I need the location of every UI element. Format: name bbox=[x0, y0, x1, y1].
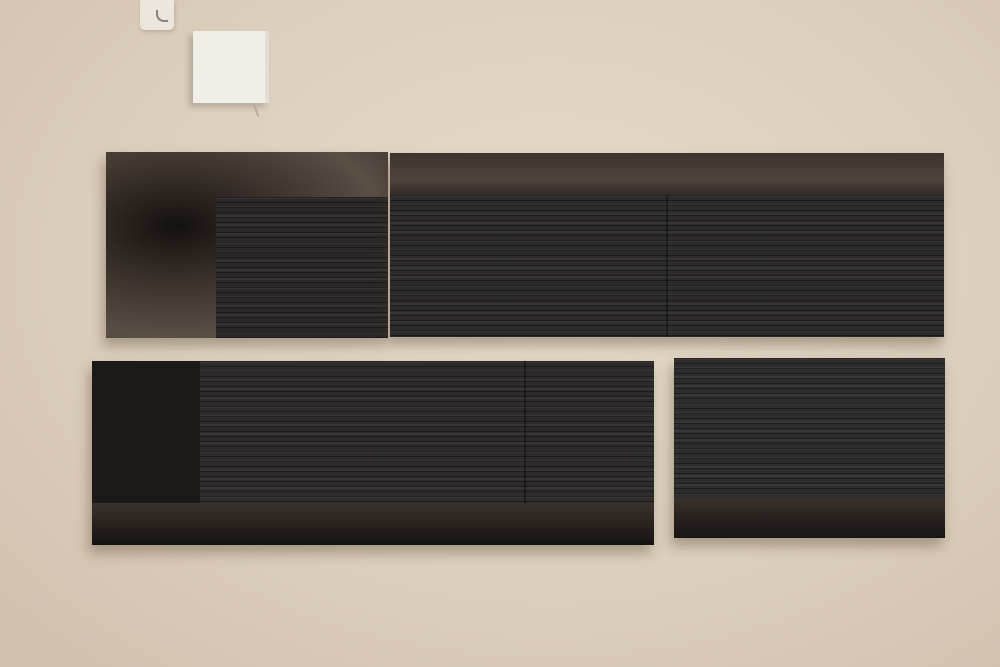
panel-bottom-left-inner bbox=[200, 361, 654, 503]
panel-top-left bbox=[106, 152, 388, 338]
panel-bottom-left-seam bbox=[524, 361, 526, 503]
switch-cord bbox=[156, 10, 168, 22]
panel-bottom-left bbox=[92, 361, 654, 545]
white-wall-box bbox=[193, 31, 269, 103]
panel-bottom-right-bottom-band bbox=[674, 498, 945, 538]
panel-bottom-right-inner bbox=[674, 358, 945, 498]
wall-box-wire bbox=[253, 103, 260, 117]
panel-top-right-seam bbox=[666, 195, 668, 337]
wall-photo bbox=[0, 0, 1000, 667]
panel-top-right bbox=[390, 153, 944, 337]
light-switch bbox=[140, 0, 174, 30]
panel-bottom-left-bottom-band bbox=[92, 503, 654, 545]
panel-top-left-inner bbox=[216, 197, 388, 338]
panel-top-right-border bbox=[390, 153, 944, 197]
panel-bottom-right bbox=[674, 358, 945, 538]
